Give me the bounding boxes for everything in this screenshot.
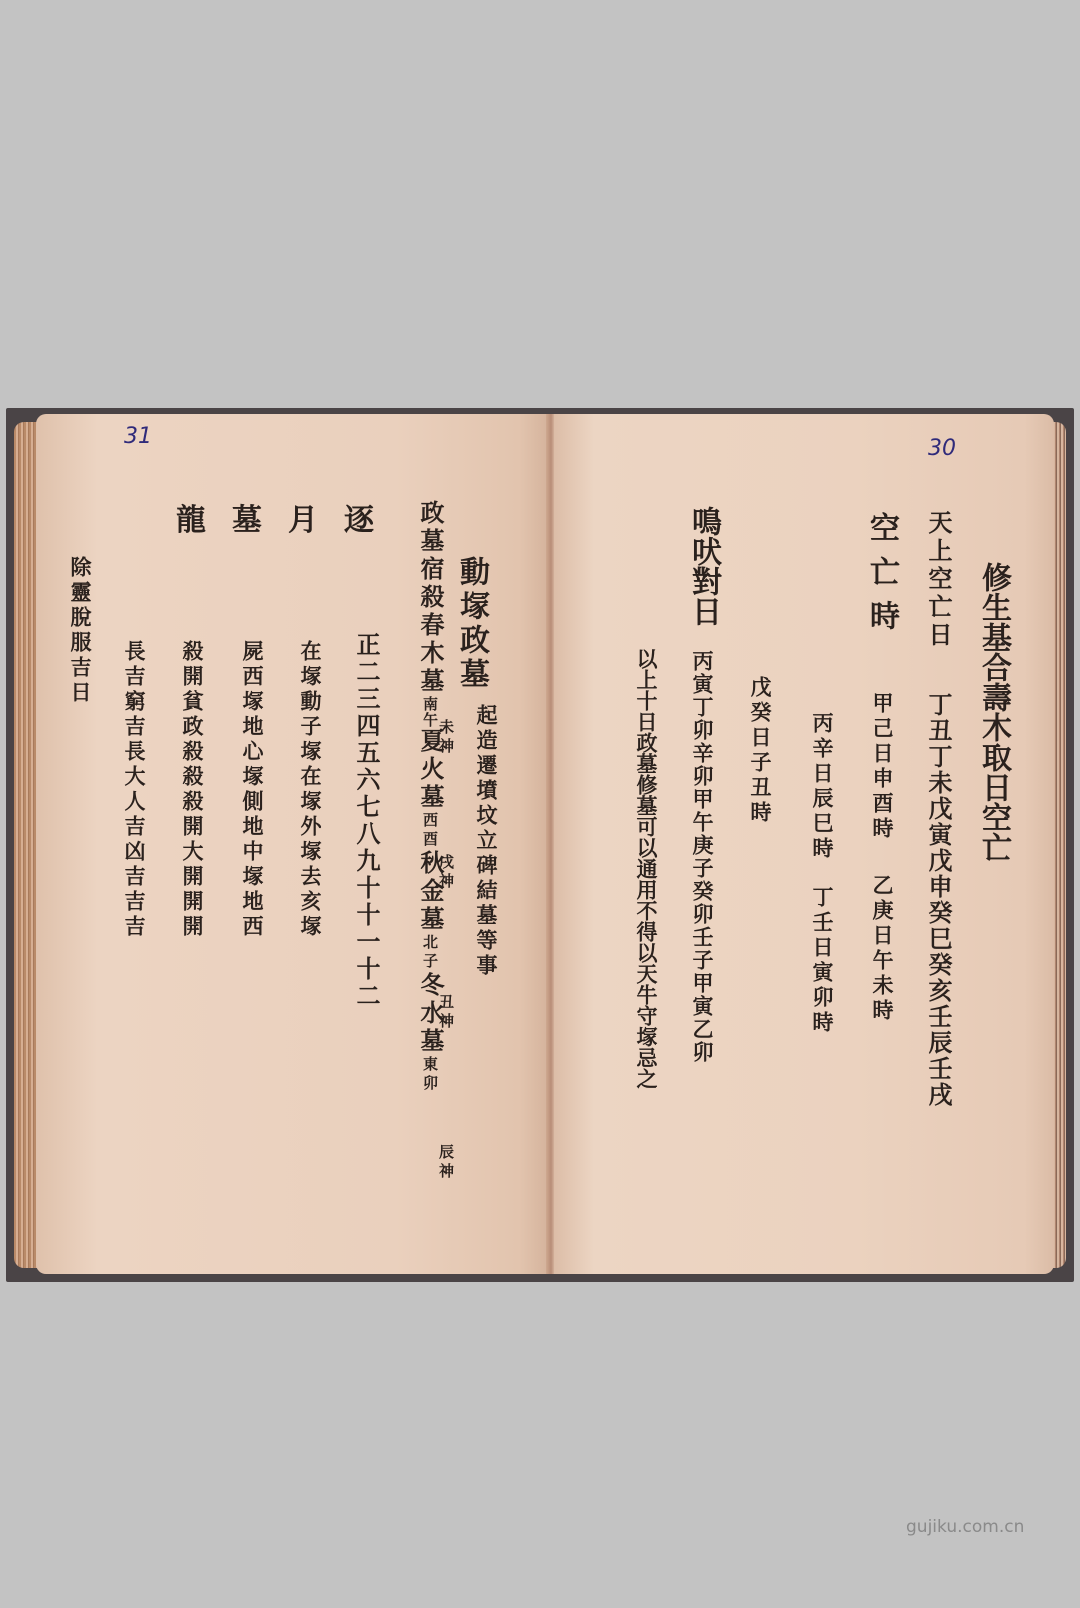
ming-chui-dui-ri: 鳴吠對日 [688,506,718,626]
heading-dong-zhong: 動塜政墓 [456,556,486,692]
tomb-row-2: 屍西塜地心塜側地中塜地西 [242,640,263,940]
wu-gui-day: 戊癸日子丑時 [750,676,771,826]
yi-geng-day: 乙庚日午未時 [872,874,893,1024]
months-column: 正二三四五六七八九十十一十二 [354,632,378,1010]
heading-zhu-yue-mu-long: 逐月墓龍 [176,506,400,536]
ding-ren-day: 丁壬日寅卯時 [812,886,833,1036]
kong-wang-shi: 空亡時 [866,512,896,644]
page-number-30: 30 [928,436,956,461]
note-north: 北子 [422,934,437,972]
note-wei-shen: 未神 [438,719,453,757]
tomb-row-4: 長吉窮吉長大人吉凶吉吉吉 [124,640,145,940]
zheng-mu-text: 政墓宿殺春木墓 [416,500,445,696]
note-east: 東卯 [422,1056,437,1094]
jia-ji-day: 甲己日申酉時 [872,692,893,842]
open-book-spread: 31 動塜政墓 起造遷墳坟立碑結墓等事 政墓宿殺春木墓南午夏火墓西酉秋金墓北子冬… [6,408,1074,1282]
chu-ling-tuo-fu: 除靈脫服吉日 [70,556,91,706]
tian-shang-kong-wang: 天上空亡日 [926,510,950,650]
dong-zhong-description: 起造遷墳坟立碑結墓等事 [476,704,497,979]
note-chou-shen: 丑神 [438,994,453,1032]
ming-chui-days: 丙寅丁卯辛卯甲午庚子癸卯壬子甲寅乙卯 [692,650,713,1064]
note-chen-shen: 辰神 [438,1144,453,1182]
note-south: 南午 [422,696,437,728]
tian-shang-days: 丁丑丁未戊寅戊申癸巳癸亥壬辰壬戌 [926,692,950,1108]
bing-xin-day: 丙辛日辰巳時 [812,712,833,862]
note-west: 西酉 [422,812,437,850]
tomb-row-3: 殺開貧政殺殺殺開大開開開 [182,640,203,940]
site-watermark: gujiku.com.cn [906,1517,1024,1537]
title-xiu-sheng-ji: 修生基合壽木取日空亡 [978,562,1008,862]
tomb-row-1: 在塜動子塜在塜外塜去亥塜 [300,640,321,940]
right-page: 30 修生基合壽木取日空亡 天上空亡日 丁丑丁未戊寅戊申癸巳癸亥壬辰壬戌 空亡時… [554,414,1054,1274]
note-xu-shen: 戌神 [438,854,453,892]
left-page: 31 動塜政墓 起造遷墳坟立碑結墓等事 政墓宿殺春木墓南午夏火墓西酉秋金墓北子冬… [36,414,550,1274]
conclusion-text: 以上十日政墓修墓可以通用不得以天牛守塜忌之 [636,648,657,1089]
page-number-31: 31 [124,424,152,449]
